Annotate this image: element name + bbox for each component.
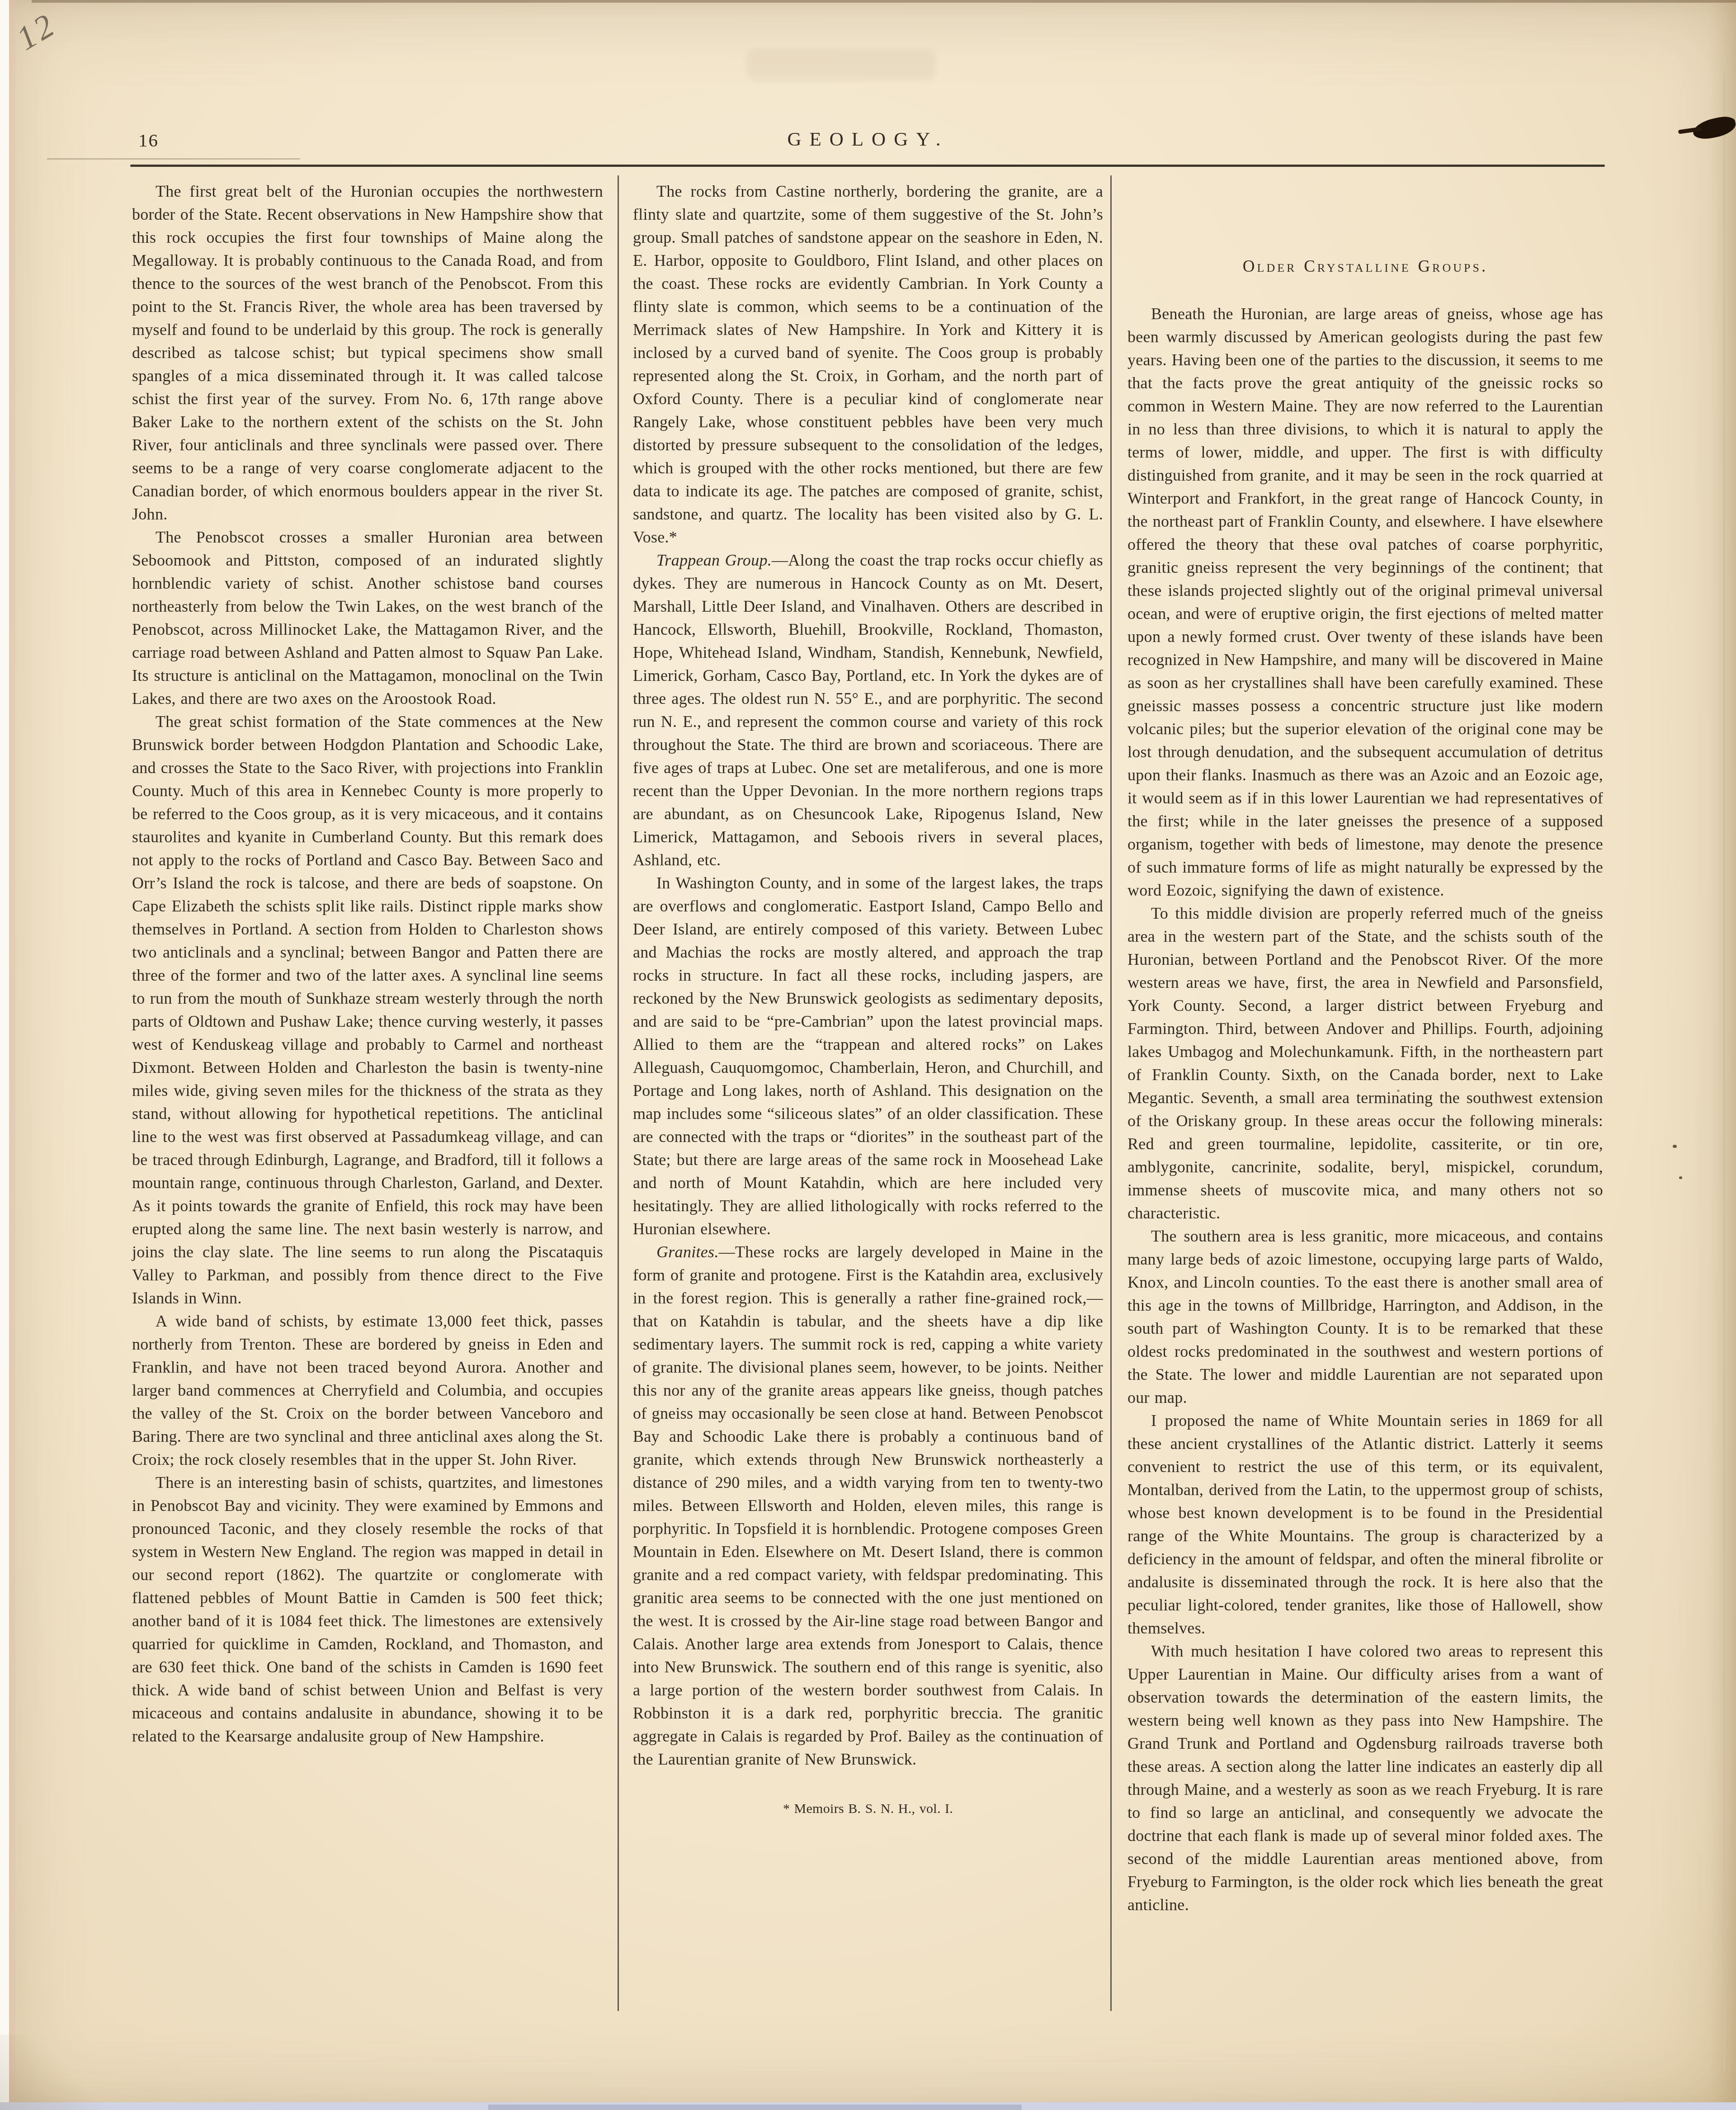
text-column-1: The first great belt of the Huronian occ…	[132, 180, 603, 1748]
scan-left-edge	[0, 0, 9, 2110]
paragraph: Granites.—These rocks are largely develo…	[633, 1241, 1103, 1771]
header-rule-ghost	[47, 158, 300, 160]
paragraph: The rocks from Castine northerly, border…	[633, 180, 1103, 549]
paragraph: With much hesitation I have colored two …	[1127, 1640, 1603, 1916]
paragraph: The great schist formation of the State …	[132, 710, 603, 1310]
paragraph: A wide band of schists, by estimate 13,0…	[132, 1310, 603, 1471]
paragraph: There is an interesting basin of schists…	[132, 1471, 603, 1748]
paragraph: The first great belt of the Huronian occ…	[132, 180, 603, 526]
paragraph: To this middle division are properly ref…	[1127, 902, 1603, 1225]
paragraph: The Penobscot crosses a smaller Huronian…	[132, 526, 603, 710]
section-heading: Older Crystalline Groups.	[1127, 255, 1603, 278]
text-column-3: Older Crystalline Groups.Beneath the Hur…	[1127, 180, 1603, 1916]
paragraph: Trappean Group.—Along the coast the trap…	[633, 549, 1103, 872]
footnote: * Memoirs B. S. N. H., vol. I.	[633, 1797, 1103, 1820]
paragraph: Beneath the Huronian, are large areas of…	[1127, 302, 1603, 902]
running-head: GEOLOGY.	[0, 128, 1736, 151]
header-rule	[130, 165, 1605, 167]
book-page: 12 16 GEOLOGY. The first great belt of t…	[0, 0, 1736, 2110]
page-edge-line	[1723, 72, 1725, 2071]
corner-shadow	[0, 2034, 108, 2110]
scan-top-edge	[32, 0, 1736, 3]
paragraph-lead-italic: Trappean Group.	[656, 551, 772, 569]
paragraph-lead-italic: Granites.	[656, 1243, 719, 1261]
paragraph: The southern area is less granitic, more…	[1127, 1225, 1603, 1409]
show-through-smudge	[746, 49, 936, 80]
paragraph: I proposed the name of White Mountain se…	[1127, 1409, 1603, 1640]
text-column-2: The rocks from Castine northerly, border…	[633, 180, 1103, 1820]
column-divider-2	[1110, 175, 1112, 2011]
paper-speck	[1679, 1176, 1682, 1179]
scan-left-edge-tint	[9, 0, 15, 2110]
column-divider-1	[618, 175, 619, 2011]
paragraph: In Washington County, and in some of the…	[633, 872, 1103, 1241]
handwritten-page-mark: 12	[10, 5, 63, 58]
paper-speck	[1673, 1145, 1677, 1148]
scan-right-shade	[1709, 0, 1736, 2110]
scan-bottom-edge-shadow	[488, 2105, 1022, 2110]
